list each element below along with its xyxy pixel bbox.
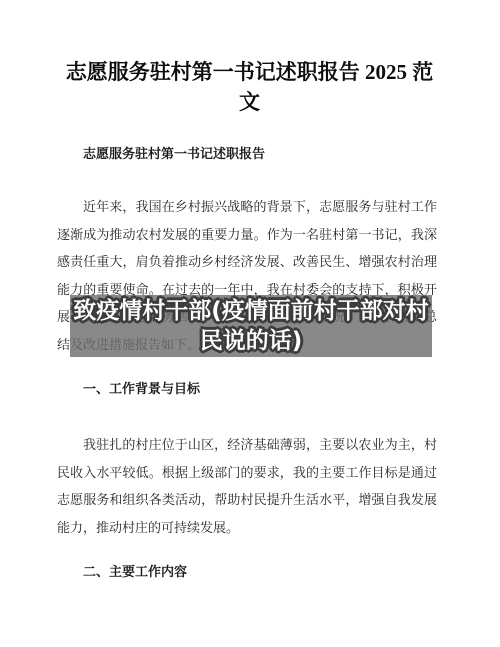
watermark-overlay: 致疫情村干部(疫情面前村干部对村民说的话) — [70, 295, 432, 357]
section-heading-1: 一、工作背景与目标 — [83, 380, 442, 398]
paragraph-work-background: 我驻扎的村庄位于山区，经济基础薄弱，主要以农业为主，村民收入水平较低。根据上级部… — [57, 431, 437, 541]
document-page: 志愿服务驻村第一书记述职报告 2025 范文 志愿服务驻村第一书记述职报告 近年… — [0, 0, 500, 647]
document-title: 志愿服务驻村第一书记述职报告 2025 范文 — [57, 57, 442, 117]
document-subtitle: 志愿服务驻村第一书记述职报告 — [83, 145, 442, 163]
section-heading-2: 二、主要工作内容 — [83, 563, 442, 581]
watermark-overlay-title: 致疫情村干部(疫情面前村干部对村民说的话) — [70, 296, 432, 356]
